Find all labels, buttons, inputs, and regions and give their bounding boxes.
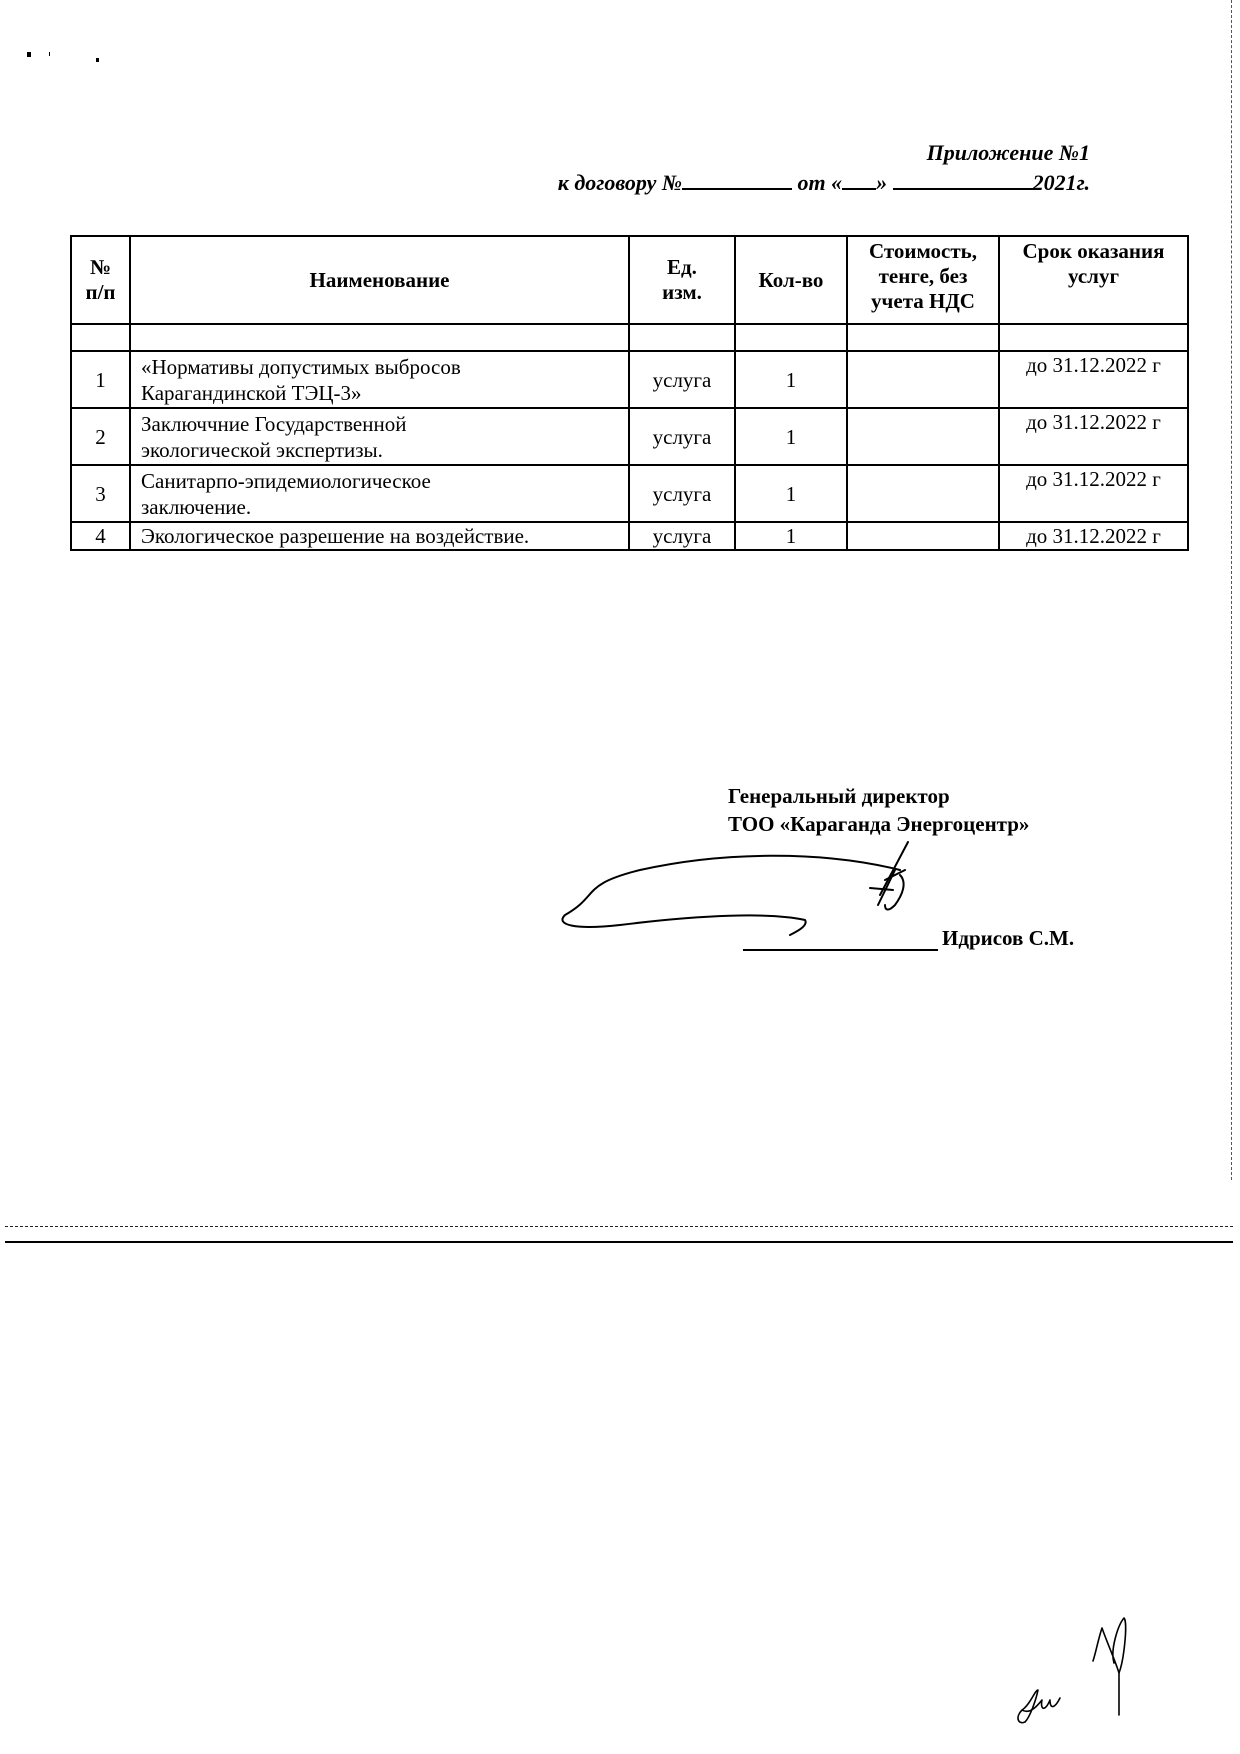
row-cost [847,465,999,522]
row-name: Экологическое разрешение на воздействие. [130,522,629,550]
scan-speck [27,52,31,57]
header-cost: Стоимость, тенге, без учета НДС [847,236,999,324]
contract-month-blank [893,170,1033,190]
table-row: 4 Экологическое разрешение на воздействи… [71,522,1188,550]
row-unit: услуга [629,465,735,522]
table-row: 3 Санитарпо-эпидемиологическое заключени… [71,465,1188,522]
page-break-solid-line [5,1241,1233,1243]
row-qty: 1 [735,408,847,465]
table-spacer-row [71,324,1188,351]
row-term: до 31.12.2022 г [999,465,1188,522]
contract-quote-close: » [876,170,887,195]
row-qty: 1 [735,351,847,408]
row-name: «Нормативы допустимых выбросов Караганди… [130,351,629,408]
contract-year: 2021г. [1033,170,1090,195]
contract-reference: к договору № от «» 2021г. [558,170,1090,196]
row-term: до 31.12.2022 г [999,522,1188,550]
header-qty: Кол-во [735,236,847,324]
row-unit: услуга [629,351,735,408]
scan-speck [96,58,99,62]
row-term: до 31.12.2022 г [999,408,1188,465]
row-qty: 1 [735,522,847,550]
header-num: № п/п [71,236,130,324]
contract-day-blank [842,170,876,190]
row-num: 1 [71,351,130,408]
row-num: 2 [71,408,130,465]
row-unit: услуга [629,522,735,550]
row-name: Заключчние Государственной экологической… [130,408,629,465]
row-term: до 31.12.2022 г [999,351,1188,408]
header-name: Наименование [130,236,629,324]
signatory-position: Генеральный директор [728,782,1029,810]
header-term: Срок оказания услуг [999,236,1188,324]
signatory-company: ТОО «Караганда Энергоцентр» [728,810,1029,838]
table-row: 2 Заключчние Государственной экологическ… [71,408,1188,465]
row-num: 3 [71,465,130,522]
row-num: 4 [71,522,130,550]
contract-number-blank [682,170,792,190]
scan-speck [49,52,50,56]
row-unit: услуга [629,408,735,465]
contract-ref-from: от « [798,170,843,195]
table-header-row: № п/п Наименование Ед. изм. Кол-во Стоим… [71,236,1188,324]
contract-ref-prefix: к договору № [558,170,682,195]
scan-edge [1231,0,1232,1180]
table-row: 1 «Нормативы допустимых выбросов Караган… [71,351,1188,408]
header-unit: Ед. изм. [629,236,735,324]
signatory-block: Генеральный директор ТОО «Караганда Энер… [728,782,1029,838]
signatory-name: Идрисов С.М. [942,926,1074,951]
appendix-title: Приложение №1 [927,140,1090,166]
services-table: № п/п Наименование Ед. изм. Кол-во Стоим… [70,235,1189,551]
row-cost [847,351,999,408]
signature-line [743,949,938,951]
row-cost [847,408,999,465]
row-cost [847,522,999,550]
page-break-dashed-line [5,1226,1233,1227]
row-qty: 1 [735,465,847,522]
row-name: Санитарпо-эпидемиологическое заключение. [130,465,629,522]
